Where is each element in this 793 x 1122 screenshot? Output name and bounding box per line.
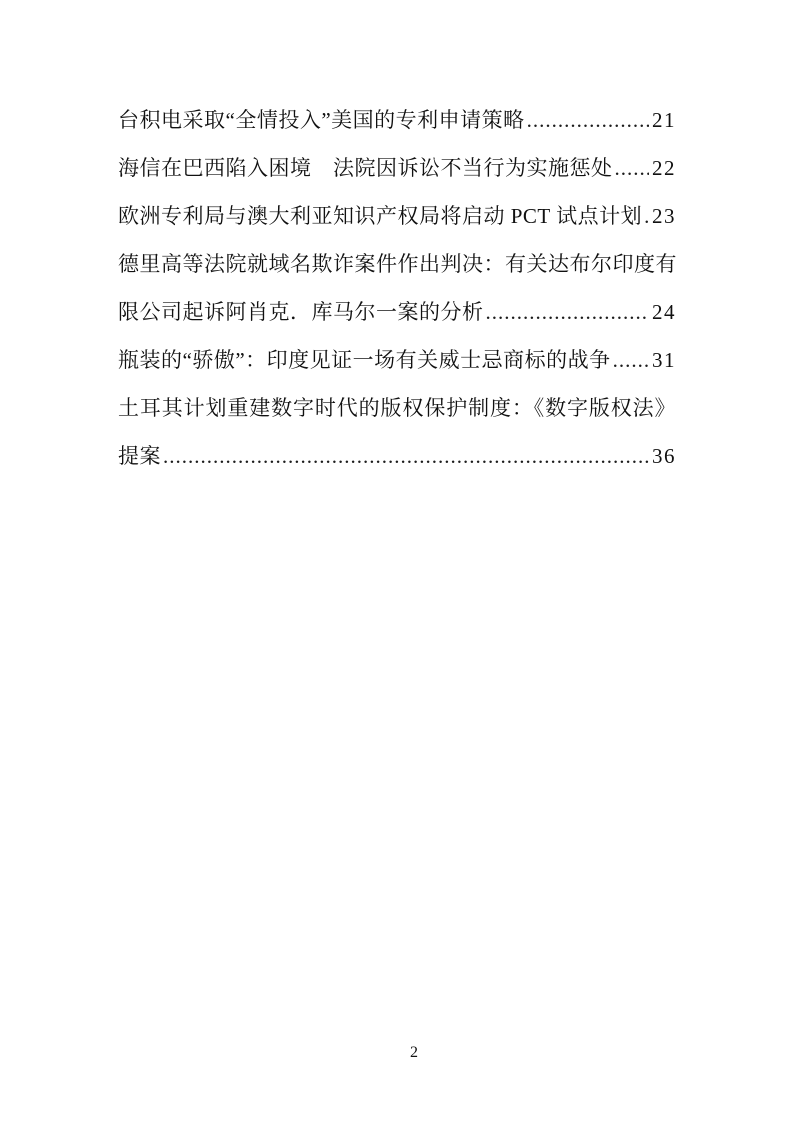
- toc-entry[interactable]: 土耳其计划重建数字时代的版权保护制度：《数字版权法》: [118, 384, 676, 432]
- toc-entry[interactable]: 台积电采取“全情投入”美国的专利申请策略 ...................…: [118, 96, 676, 144]
- table-of-contents: 台积电采取“全情投入”美国的专利申请策略 ...................…: [118, 96, 676, 480]
- document-page: 台积电采取“全情投入”美国的专利申请策略 ...................…: [0, 0, 793, 1122]
- toc-entry-text: 台积电采取“全情投入”美国的专利申请策略: [118, 96, 525, 144]
- toc-leader-dots: ........................................…: [613, 336, 649, 384]
- toc-entry[interactable]: 提案 .....................................…: [118, 432, 676, 480]
- toc-entry[interactable]: 欧洲专利局与澳大利亚知识产权局将启动 PCT 试点计划 ............…: [118, 192, 676, 240]
- toc-entry[interactable]: 限公司起诉阿肖克．库马尔一案的分析 ......................…: [118, 288, 676, 336]
- toc-entry-text: 瓶装的“骄傲”：印度见证一场有关威士忌商标的战争: [118, 336, 611, 384]
- toc-page-number: 24: [652, 288, 676, 336]
- toc-entry[interactable]: 海信在巴西陷入困境 法院因诉讼不当行为实施惩处 ................…: [118, 144, 676, 192]
- toc-entry[interactable]: 瓶装的“骄傲”：印度见证一场有关威士忌商标的战争 ...............…: [118, 336, 676, 384]
- toc-entry-text: 土耳其计划重建数字时代的版权保护制度：《数字版权法》: [118, 384, 676, 432]
- footer-page-number: 2: [410, 1041, 418, 1065]
- toc-page-number: 36: [652, 432, 676, 480]
- toc-page-number: 23: [652, 192, 676, 240]
- toc-leader-dots: ........................................…: [644, 192, 649, 240]
- toc-leader-dots: ........................................…: [163, 432, 649, 480]
- toc-leader-dots: ........................................…: [615, 144, 650, 192]
- toc-entry-text: 海信在巴西陷入困境 法院因诉讼不当行为实施惩处: [118, 144, 613, 192]
- toc-leader-dots: ........................................…: [527, 96, 649, 144]
- page-footer: 2: [0, 1041, 793, 1065]
- toc-page-number: 21: [652, 96, 676, 144]
- toc-entry-text: 德里高等法院就域名欺诈案件作出判决：有关达布尔印度有: [118, 240, 677, 288]
- toc-entry-text: 欧洲专利局与澳大利亚知识产权局将启动 PCT 试点计划: [118, 192, 642, 240]
- toc-leader-dots: ........................................…: [486, 288, 650, 336]
- toc-entry[interactable]: 德里高等法院就域名欺诈案件作出判决：有关达布尔印度有: [118, 240, 676, 288]
- toc-entry-text: 提案: [118, 432, 161, 480]
- toc-page-number: 22: [652, 144, 676, 192]
- toc-page-number: 31: [652, 336, 676, 384]
- toc-entry-text: 限公司起诉阿肖克．库马尔一案的分析: [118, 288, 484, 336]
